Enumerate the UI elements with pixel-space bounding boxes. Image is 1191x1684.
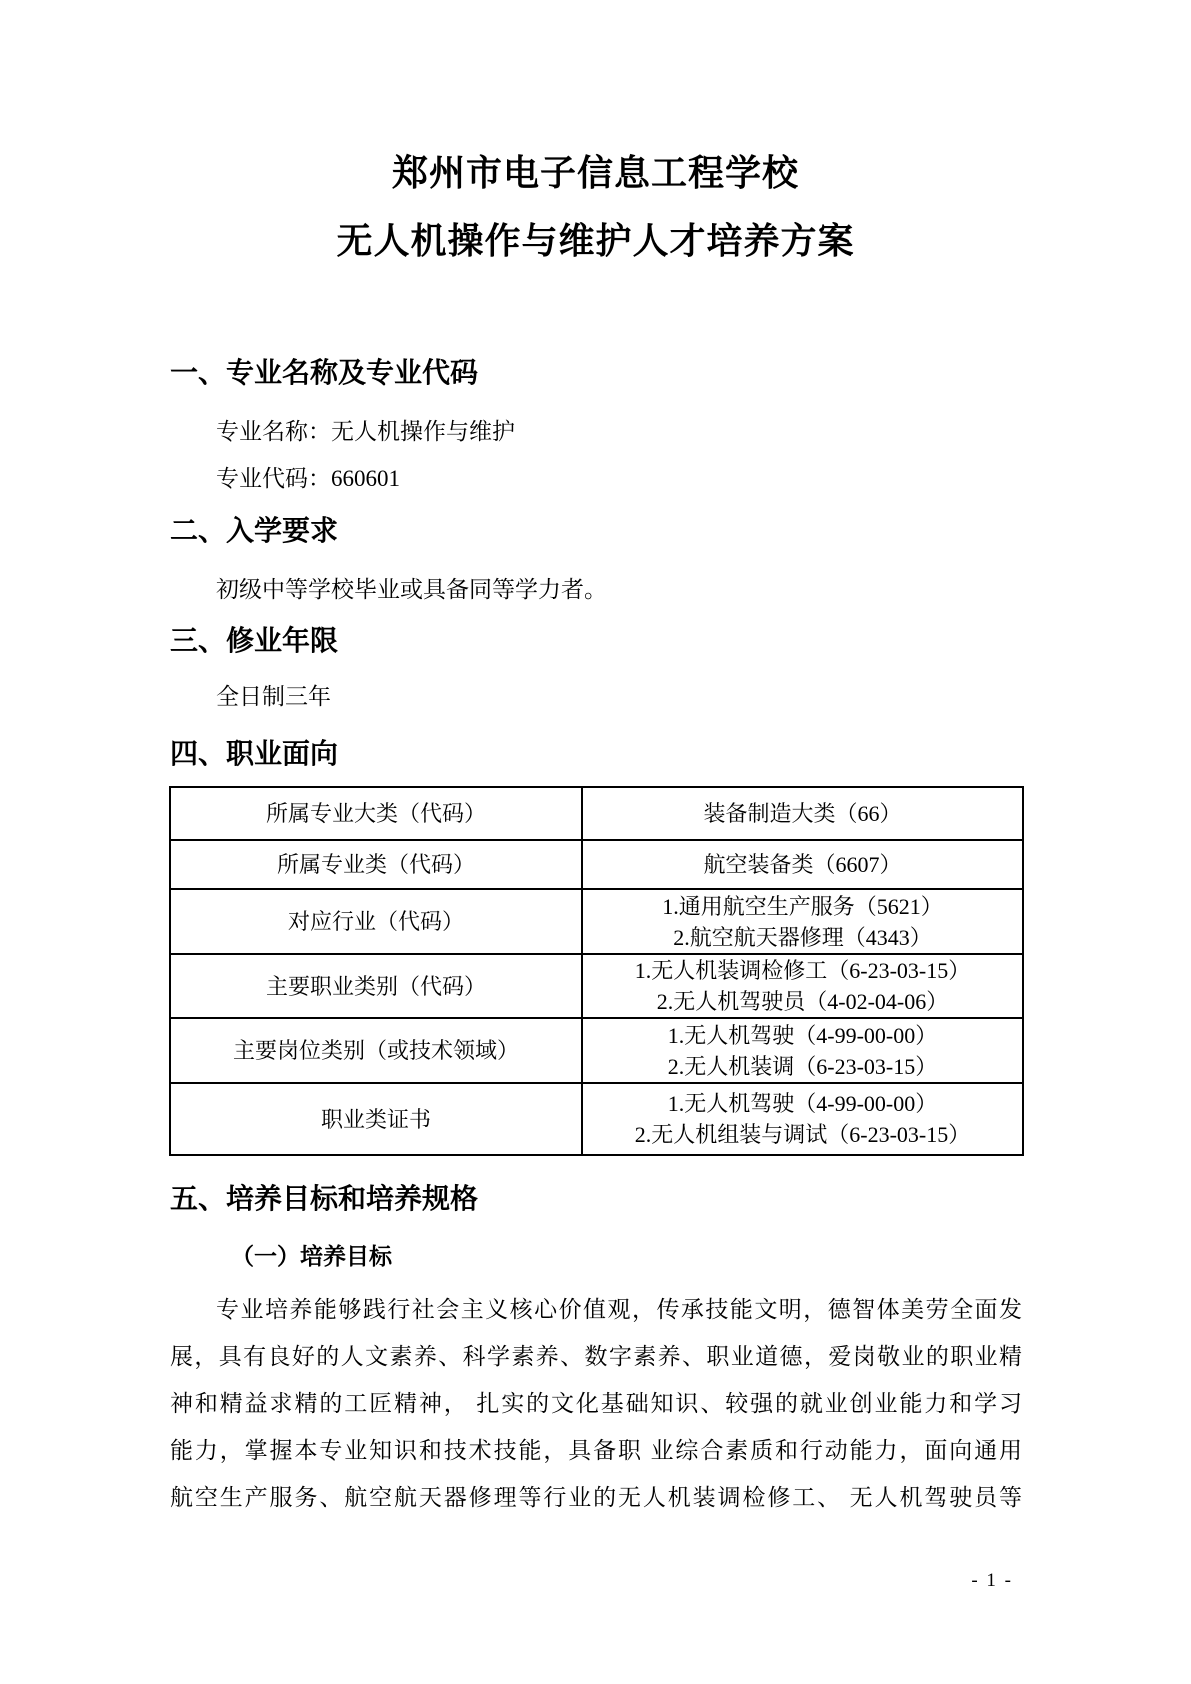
- row-label: 所属专业大类（代码）: [171, 798, 581, 829]
- row-value-cell: 1.无人机驾驶（4-99-00-00） 2.无人机装调（6-23-03-15）: [582, 1018, 1023, 1083]
- doc-title-line1: 郑州市电子信息工程学校: [0, 153, 1191, 193]
- row-label: 主要职业类别（代码）: [171, 971, 581, 1002]
- career-orientation-table: 所属专业大类（代码） 装备制造大类（66） 所属专业类（代码） 航空装备类（66…: [169, 786, 1024, 1156]
- paragraph-line: 神和精益求精的工匠精神， 扎实的文化基础知识、较强的就业创业能力和学习: [170, 1380, 1022, 1427]
- table-row: 主要岗位类别（或技术领域） 1.无人机驾驶（4-99-00-00） 2.无人机装…: [170, 1018, 1023, 1083]
- row-label-cell: 主要岗位类别（或技术领域）: [170, 1018, 582, 1083]
- paragraph-line: 能力，掌握本专业知识和技术技能，具备职 业综合素质和行动能力，面向通用: [170, 1427, 1022, 1474]
- row-value-line: 航空装备类（6607）: [583, 849, 1022, 880]
- row-value-line: 1.通用航空生产服务（5621）: [583, 891, 1022, 922]
- document-page: { "title": { "line1": "郑州市电子信息工程学校", "li…: [0, 0, 1191, 1684]
- row-value-line: 装备制造大类（66）: [583, 798, 1022, 829]
- section-4-heading: 四、职业面向: [170, 738, 338, 770]
- study-duration-line: 全日制三年: [216, 683, 331, 710]
- row-value-cell: 装备制造大类（66）: [582, 787, 1023, 840]
- section-2-heading: 二、入学要求: [170, 515, 338, 547]
- row-value-cell: 1.无人机驾驶（4-99-00-00） 2.无人机组装与调试（6-23-03-1…: [582, 1083, 1023, 1155]
- section-3-heading: 三、修业年限: [170, 625, 338, 657]
- section-5-heading: 五、培养目标和培养规格: [170, 1183, 478, 1215]
- row-value-line: 1.无人机驾驶（4-99-00-00）: [583, 1020, 1022, 1051]
- paragraph-line: 专业培养能够践行社会主义核心价值观，传承技能文明，德智体美劳全面发: [170, 1286, 1022, 1333]
- row-value-line: 2.无人机装调（6-23-03-15）: [583, 1051, 1022, 1082]
- row-label: 所属专业类（代码）: [171, 849, 581, 880]
- page-number: - 1 -: [971, 1570, 1013, 1592]
- row-value-line: 2.无人机组装与调试（6-23-03-15）: [583, 1119, 1022, 1150]
- row-value-cell: 1.无人机装调检修工（6-23-03-15） 2.无人机驾驶员（4-02-04-…: [582, 954, 1023, 1018]
- row-label: 对应行业（代码）: [171, 906, 581, 937]
- row-label: 职业类证书: [171, 1104, 581, 1135]
- training-objective-paragraph: 专业培养能够践行社会主义核心价值观，传承技能文明，德智体美劳全面发 展，具有良好…: [170, 1286, 1022, 1521]
- row-label-cell: 所属专业大类（代码）: [170, 787, 582, 840]
- major-code-line: 专业代码：660601: [216, 465, 400, 492]
- row-value-cell: 航空装备类（6607）: [582, 840, 1023, 889]
- section-1-heading: 一、专业名称及专业代码: [170, 357, 478, 389]
- major-name-line: 专业名称：无人机操作与维护: [216, 418, 515, 445]
- row-label-cell: 所属专业类（代码）: [170, 840, 582, 889]
- row-label-cell: 主要职业类别（代码）: [170, 954, 582, 1018]
- table-row: 所属专业类（代码） 航空装备类（6607）: [170, 840, 1023, 889]
- row-label: 主要岗位类别（或技术领域）: [171, 1035, 581, 1066]
- table-row: 对应行业（代码） 1.通用航空生产服务（5621） 2.航空航天器修理（4343…: [170, 889, 1023, 954]
- paragraph-line: 航空生产服务、航空航天器修理等行业的无人机装调检修工、 无人机驾驶员等: [170, 1474, 1022, 1521]
- row-value-line: 2.航空航天器修理（4343）: [583, 922, 1022, 953]
- row-label-cell: 职业类证书: [170, 1083, 582, 1155]
- row-value-line: 1.无人机驾驶（4-99-00-00）: [583, 1088, 1022, 1119]
- paragraph-line: 展，具有良好的人文素养、科学素养、数字素养、职业道德，爱岗敬业的职业精: [170, 1333, 1022, 1380]
- row-label-cell: 对应行业（代码）: [170, 889, 582, 954]
- table-row: 主要职业类别（代码） 1.无人机装调检修工（6-23-03-15） 2.无人机驾…: [170, 954, 1023, 1018]
- section-5-sub1-heading: （一）培养目标: [231, 1243, 392, 1270]
- row-value-line: 2.无人机驾驶员（4-02-04-06）: [583, 986, 1022, 1017]
- row-value-cell: 1.通用航空生产服务（5621） 2.航空航天器修理（4343）: [582, 889, 1023, 954]
- doc-title-line2: 无人机操作与维护人才培养方案: [0, 221, 1191, 261]
- table-row: 职业类证书 1.无人机驾驶（4-99-00-00） 2.无人机组装与调试（6-2…: [170, 1083, 1023, 1155]
- entry-requirement-line: 初级中等学校毕业或具备同等学力者。: [216, 576, 607, 603]
- row-value-line: 1.无人机装调检修工（6-23-03-15）: [583, 955, 1022, 986]
- table-row: 所属专业大类（代码） 装备制造大类（66）: [170, 787, 1023, 840]
